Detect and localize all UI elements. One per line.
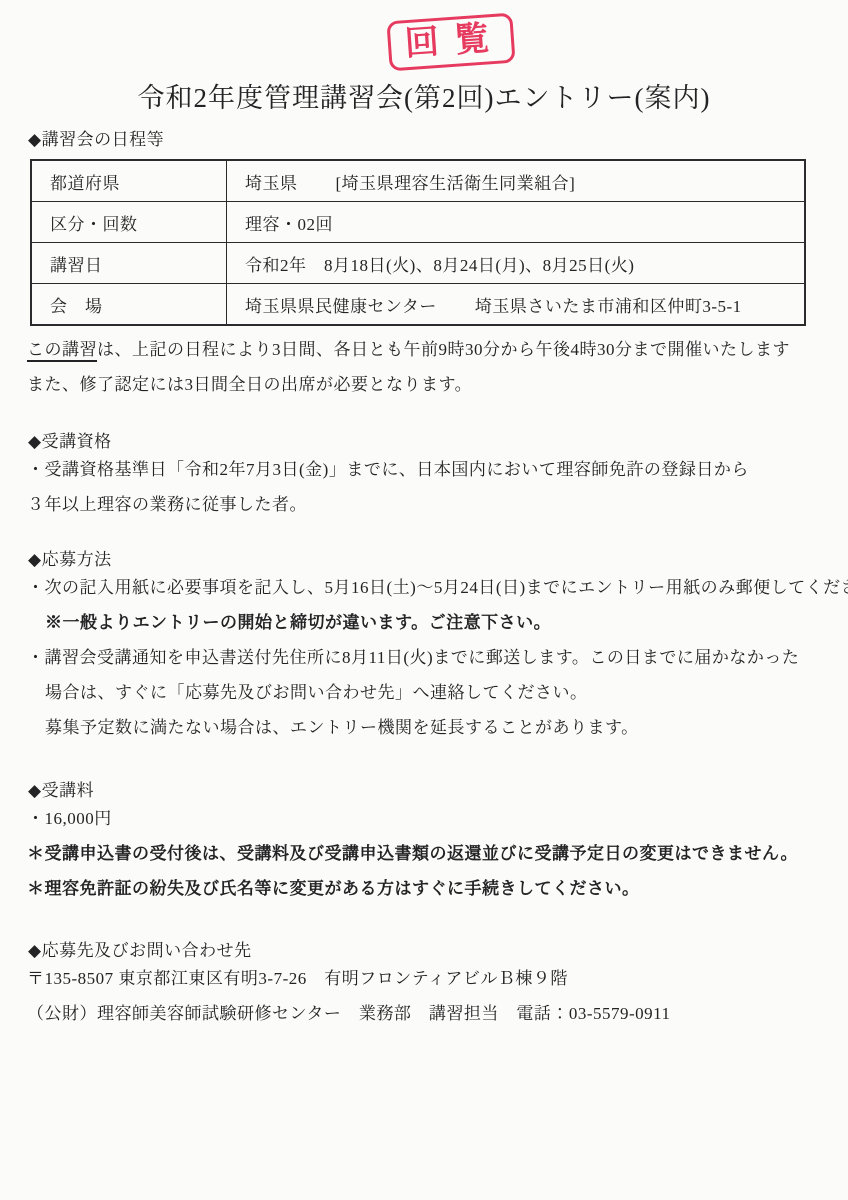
application-line4: 場合は、すぐに「応募先及びお問い合わせ先」へ連絡してください。 (27, 675, 848, 710)
schedule-table: 都道府県 埼玉県[埼玉県理容生活衛生同業組合] 区分・回数 理容・02回 講習日… (30, 159, 806, 326)
venue-name: 埼玉県県民健康センター (245, 297, 437, 316)
category-value: 理容・02回 (245, 215, 333, 234)
fee-amount: ・16,000円 (27, 801, 848, 836)
fee-note2: ＊理容免許証の紛失及び氏名等に変更がある方はすぐに手続きしてください。 (27, 871, 848, 906)
row-label-dates: 講習日 (31, 243, 227, 284)
table-row: 会 場 埼玉県県民健康センター埼玉県さいたま市浦和区仲町3-5-1 (31, 284, 805, 326)
row-label-category: 区分・回数 (31, 202, 227, 243)
venue-address: 埼玉県さいたま市浦和区仲町3-5-1 (475, 297, 742, 316)
schedule-note-line1: この講習は、上記の日程により3日間、各日とも午前9時30分から午後4時30分まで… (27, 332, 848, 367)
fee-body: ・16,000円 ＊受講申込書の受付後は、受講料及び受講申込書類の返還並びに受講… (27, 801, 848, 906)
circulation-stamp: 回覧 (386, 13, 515, 72)
section-heading-qualification: ◆受講資格 (28, 432, 848, 452)
schedule-note-line1-rest: は、上記の日程により3日間、各日とも午前9時30分から午後4時30分まで開催いた… (97, 340, 790, 359)
schedule-note-line2: また、修了認定には3日間全日の出席が必要となります。 (27, 367, 848, 402)
contact-body: 〒135-8507 東京都江東区有明3-7-26 有明フロンティアビルＢ棟９階 … (27, 961, 848, 1031)
application-line5: 募集予定数に満たない場合は、エントリー機関を延長することがあります。 (27, 710, 848, 745)
document-page: 回覧 令和2年度管理講習会(第2回)エントリー(案内) ◆講習会の日程等 都道府… (0, 0, 848, 1200)
row-label-venue: 会 場 (31, 284, 227, 326)
section-heading-fee: ◆受講料 (28, 781, 848, 801)
section-heading-application: ◆応募方法 (28, 550, 848, 570)
fee-note1: ＊受講申込書の受付後は、受講料及び受講申込書類の返還並びに受講予定日の変更はでき… (27, 836, 848, 871)
application-warning: ※一般よりエントリーの開始と締切が違います。ご注意下さい。 (27, 605, 848, 640)
contact-address: 〒135-8507 東京都江東区有明3-7-26 有明フロンティアビルＢ棟９階 (27, 961, 848, 996)
qualification-line2: ３年以上理容の業務に従事した者。 (27, 487, 848, 522)
prefecture-association: [埼玉県理容生活衛生同業組合] (336, 174, 576, 193)
application-body: ・次の記入用紙に必要事項を記入し、5月16日(土)～5月24日(日)までにエント… (27, 570, 848, 745)
row-label-prefecture: 都道府県 (31, 160, 227, 202)
section-heading-contact: ◆応募先及びお問い合わせ先 (28, 941, 848, 961)
circulation-stamp-text: 回覧 (404, 19, 506, 63)
prefecture-value: 埼玉県 (245, 174, 298, 193)
qualification-line1: ・受講資格基準日「令和2年7月3日(金)」までに、日本国内において理容師免許の登… (27, 452, 848, 487)
table-row: 講習日 令和2年 8月18日(火)、8月24日(月)、8月25日(火) (31, 243, 805, 284)
schedule-note-underlined: この講習 (27, 340, 97, 359)
dates-value: 令和2年 8月18日(火)、8月24日(月)、8月25日(火) (245, 256, 634, 275)
application-line3: ・講習会受講通知を申込書送付先住所に8月11日(火)までに郵送します。この日まで… (27, 640, 848, 675)
row-value-category: 理容・02回 (227, 202, 806, 243)
contact-organization: （公財）理容師美容師試験研修センター 業務部 講習担当 電話：03-5579-0… (27, 996, 848, 1031)
row-value-dates: 令和2年 8月18日(火)、8月24日(月)、8月25日(火) (227, 243, 806, 284)
table-row: 都道府県 埼玉県[埼玉県理容生活衛生同業組合] (31, 160, 805, 202)
table-row: 区分・回数 理容・02回 (31, 202, 805, 243)
row-value-prefecture: 埼玉県[埼玉県理容生活衛生同業組合] (227, 160, 806, 202)
row-value-venue: 埼玉県県民健康センター埼玉県さいたま市浦和区仲町3-5-1 (227, 284, 806, 326)
schedule-note: この講習は、上記の日程により3日間、各日とも午前9時30分から午後4時30分まで… (27, 332, 848, 402)
qualification-body: ・受講資格基準日「令和2年7月3日(金)」までに、日本国内において理容師免許の登… (27, 452, 848, 522)
application-line1: ・次の記入用紙に必要事項を記入し、5月16日(土)～5月24日(日)までにエント… (27, 570, 848, 605)
section-heading-schedule: ◆講習会の日程等 (28, 130, 848, 150)
